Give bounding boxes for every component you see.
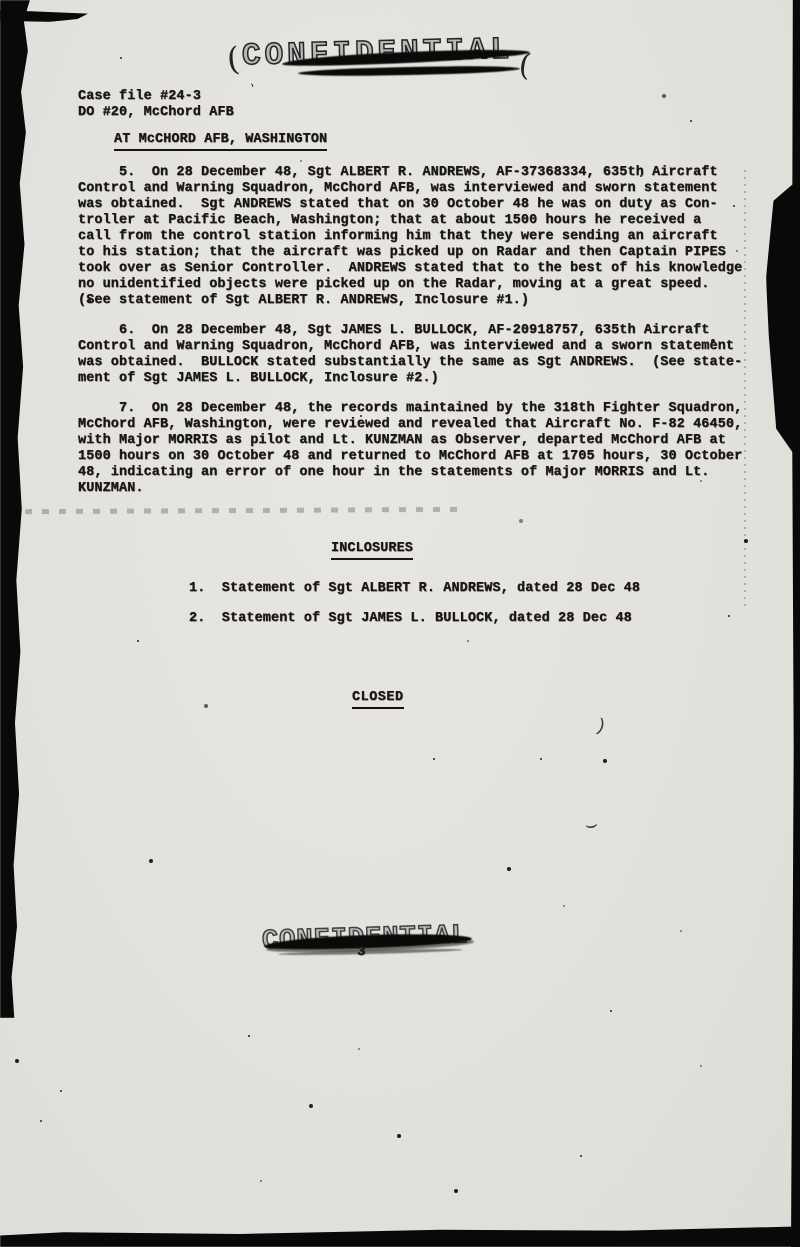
location-heading: AT McCHORD AFB, WASHINGTON [114,132,327,151]
office-line: DO #20, McChord AFB [78,105,234,121]
paragraph-7: 7. On 28 December 48, the records mainta… [78,401,742,497]
confidential-stamp-top: CONFIDENTIAL [236,32,546,92]
scan-smudge-line [25,507,465,514]
inclosure-item-2: 2. Statement of Sgt JAMES L. BULLOCK, da… [189,611,632,627]
confidential-stamp-bottom: CONFIDENTIAL [258,922,488,968]
scan-border-bottom [0,1226,800,1247]
page-number: 3 [357,944,366,960]
check-curve-mark: ⌣ [583,813,599,839]
stray-curve-mark: ) [592,716,608,738]
scan-border-top [0,10,88,22]
scan-border-right-wedge [766,178,800,463]
case-file-number: Case file #24-3 [78,89,201,105]
inclosures-heading: INCLOSURES [331,541,413,560]
inclosure-item-1: 1. Statement of Sgt ALBERT R. ANDREWS, d… [189,581,640,597]
case-closed-label: CLOSED [352,690,404,709]
paragraph-5: 5. On 28 December 48, Sgt ALBERT R. ANDR… [78,165,742,309]
scan-crease-line [744,170,746,610]
paragraph-6: 6. On 28 December 48, Sgt JAMES L. BULLO… [78,323,742,387]
scanned-document-page: CONFIDENTIAL ( ( ` Case file #24-3 DO #2… [0,0,800,1247]
